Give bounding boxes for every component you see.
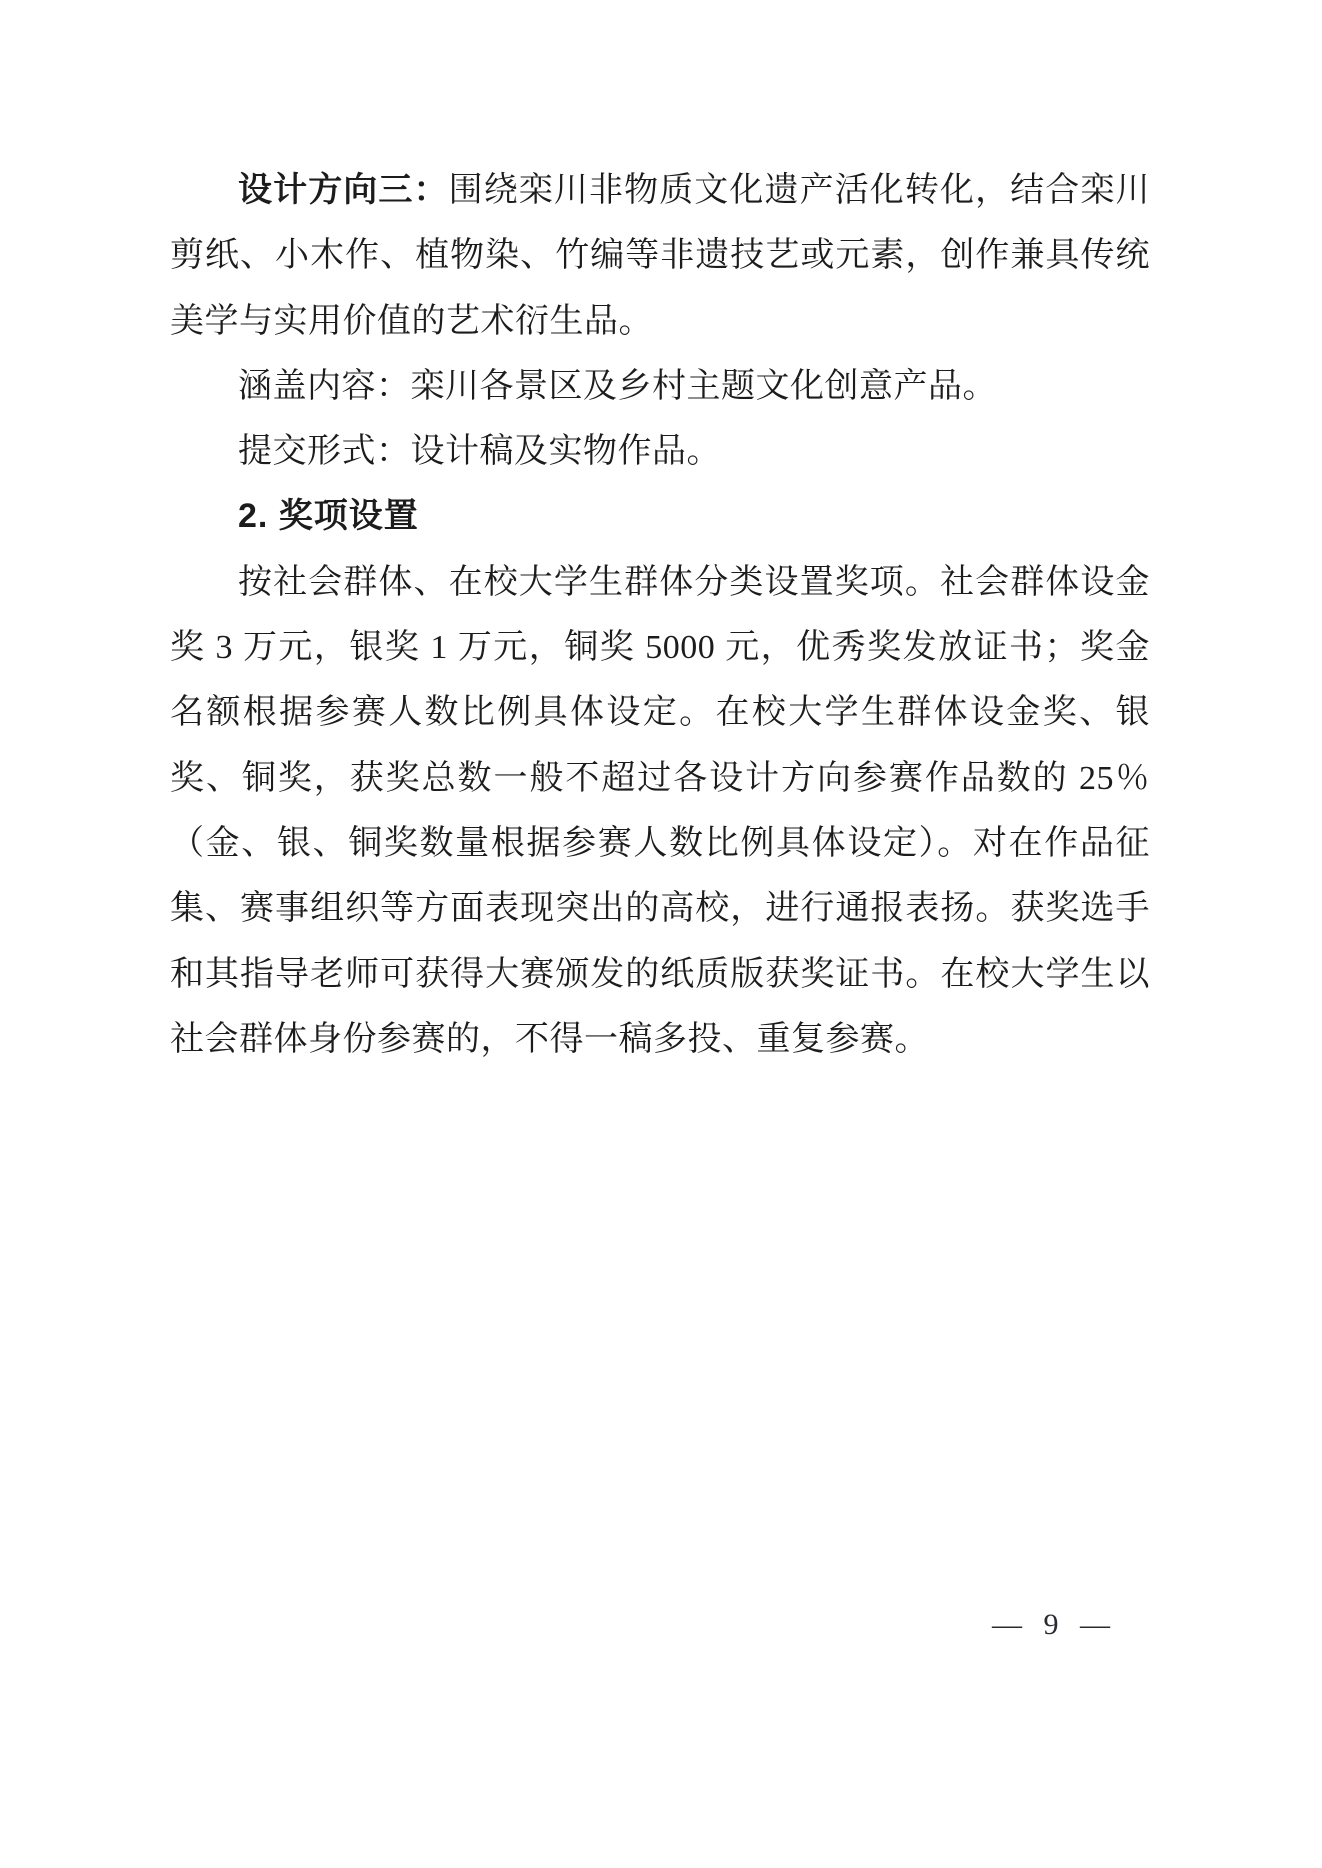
body-line-text: 社会群体身份参赛的，不得一稿多投、重复参赛。 bbox=[170, 1021, 929, 1058]
body-line-text: （金、银、铜奖数量根据参赛人数比例具体设定）。对在作品征 bbox=[170, 825, 1150, 862]
body-line: 提交形式：设计稿及实物作品。 bbox=[170, 419, 1150, 484]
body-line: 社会群体身份参赛的，不得一稿多投、重复参赛。 bbox=[170, 1007, 1150, 1072]
document-page: 设计方向三：围绕栾川非物质文化遗产活化转化，结合栾川 剪纸、小木作、植物染、竹编… bbox=[0, 0, 1322, 1868]
body-line: 和其指导老师可获得大赛颁发的纸质版获奖证书。在校大学生以 bbox=[170, 942, 1150, 1007]
body-line-text: 提交形式：设计稿及实物作品。 bbox=[238, 433, 721, 470]
body-line: 奖、铜奖，获奖总数一般不超过各设计方向参赛作品数的 25％ bbox=[170, 746, 1150, 811]
body-line: 名额根据参赛人数比例具体设定。在校大学生群体设金奖、银 bbox=[170, 680, 1150, 745]
body-line: 集、赛事组织等方面表现突出的高校，进行通报表扬。获奖选手 bbox=[170, 876, 1150, 941]
body-line-text: 剪纸、小木作、植物染、竹编等非遗技艺或元素，创作兼具传统 bbox=[170, 237, 1150, 274]
body-line-text: 按社会群体、在校大学生群体分类设置奖项。社会群体设金 bbox=[238, 564, 1150, 601]
body-line-text: 集、赛事组织等方面表现突出的高校，进行通报表扬。获奖选手 bbox=[170, 890, 1150, 927]
body-line-text: 涵盖内容：栾川各景区及乡村主题文化创意产品。 bbox=[238, 368, 997, 405]
section-heading-text: 2. 奖项设置 bbox=[238, 497, 419, 535]
text-block: 设计方向三：围绕栾川非物质文化遗产活化转化，结合栾川 剪纸、小木作、植物染、竹编… bbox=[170, 158, 1150, 1072]
body-line-text: 围绕栾川非物质文化遗产活化转化，结合栾川 bbox=[449, 172, 1150, 209]
body-line: （金、银、铜奖数量根据参赛人数比例具体设定）。对在作品征 bbox=[170, 811, 1150, 876]
body-line: 涵盖内容：栾川各景区及乡村主题文化创意产品。 bbox=[170, 354, 1150, 419]
body-line: 剪纸、小木作、植物染、竹编等非遗技艺或元素，创作兼具传统 bbox=[170, 223, 1150, 288]
body-line-text: 美学与实用价值的艺术衍生品。 bbox=[170, 303, 653, 340]
body-line: 按社会群体、在校大学生群体分类设置奖项。社会群体设金 bbox=[170, 550, 1150, 615]
body-line: 美学与实用价值的艺术衍生品。 bbox=[170, 289, 1150, 354]
page-number: — 9 — bbox=[992, 1608, 1111, 1642]
body-line-text: 名额根据参赛人数比例具体设定。在校大学生群体设金奖、银 bbox=[170, 694, 1150, 731]
body-line-text: 奖 3 万元，银奖 1 万元，铜奖 5000 元，优秀奖发放证书；奖金 bbox=[170, 629, 1150, 666]
body-line-text: 奖、铜奖，获奖总数一般不超过各设计方向参赛作品数的 25％ bbox=[170, 760, 1150, 797]
body-line: 设计方向三：围绕栾川非物质文化遗产活化转化，结合栾川 bbox=[170, 158, 1150, 223]
bold-lead-label: 设计方向三： bbox=[238, 171, 449, 209]
body-line-text: 和其指导老师可获得大赛颁发的纸质版获奖证书。在校大学生以 bbox=[170, 956, 1150, 993]
section-heading: 2. 奖项设置 bbox=[170, 484, 1150, 549]
body-line: 奖 3 万元，银奖 1 万元，铜奖 5000 元，优秀奖发放证书；奖金 bbox=[170, 615, 1150, 680]
